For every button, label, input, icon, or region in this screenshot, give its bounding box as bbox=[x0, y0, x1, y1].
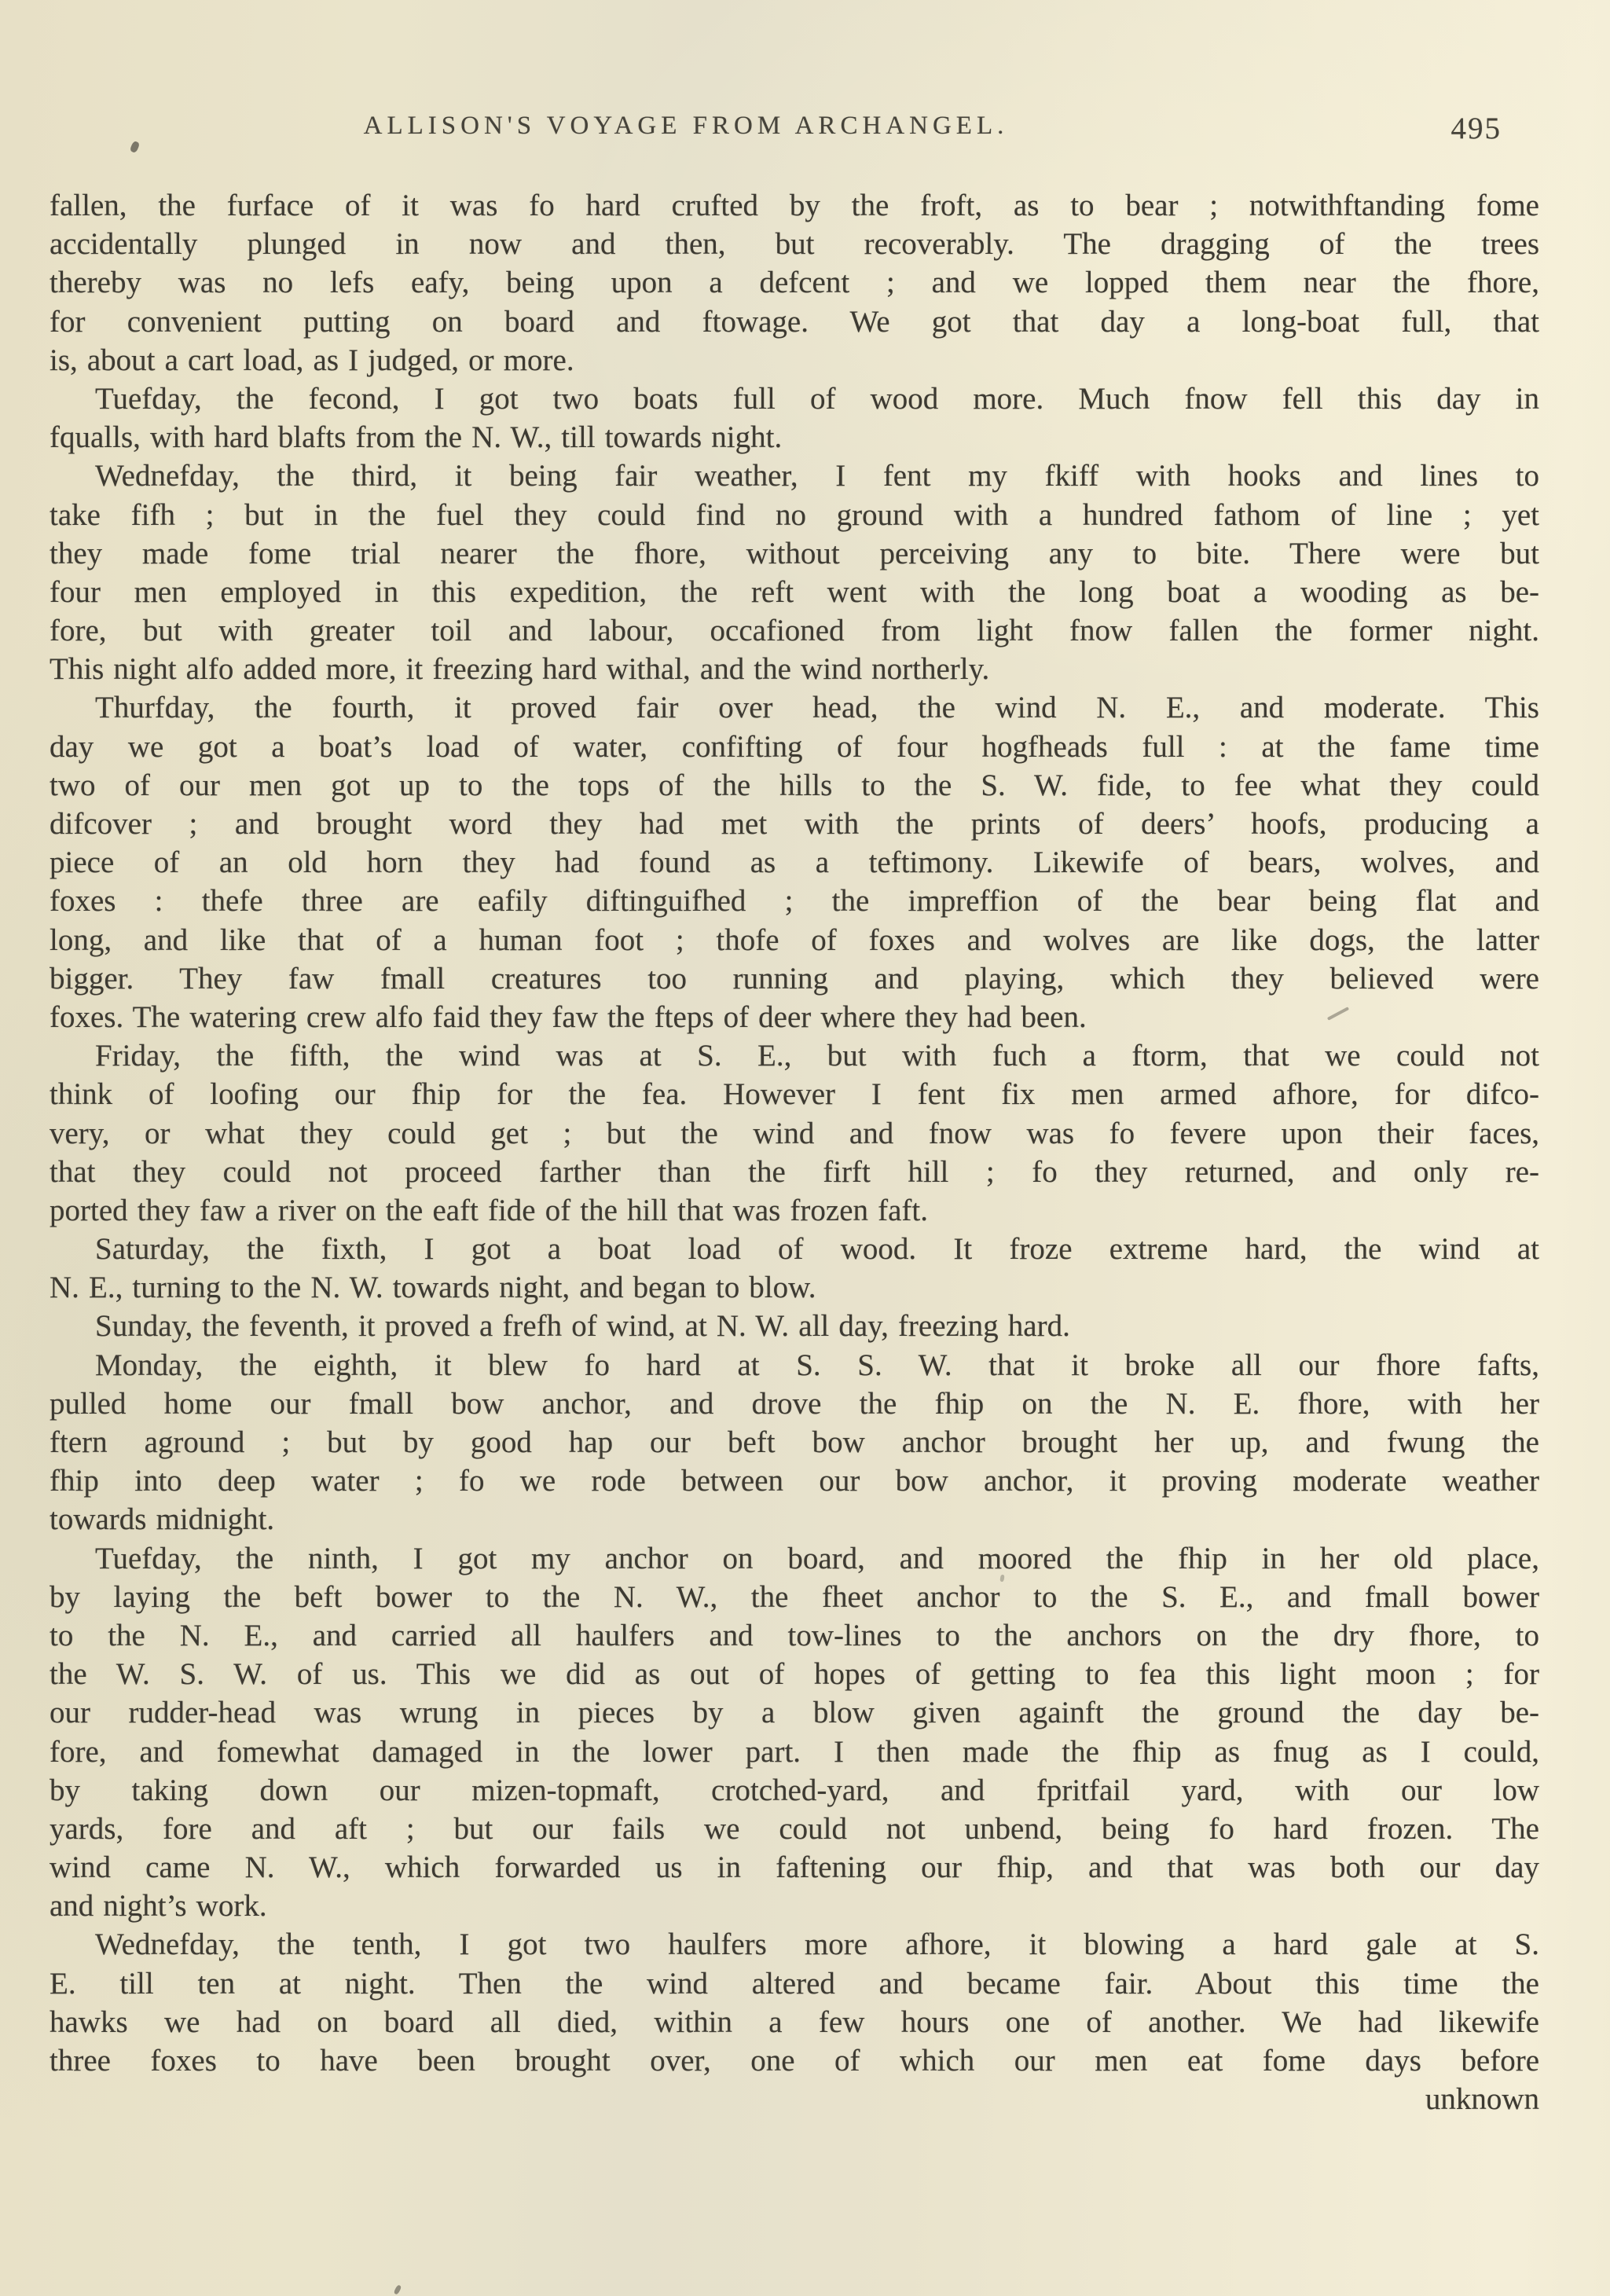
paragraph: Saturday, the fixth, I got a boat load o… bbox=[50, 1230, 1539, 1307]
text-line: fhip into deep water ; fo we rode betwee… bbox=[50, 1462, 1539, 1500]
catchword: unknown bbox=[50, 2080, 1539, 2118]
text-line: Friday, the fifth, the wind was at S. E.… bbox=[50, 1036, 1539, 1075]
ink-speck bbox=[394, 2284, 402, 2294]
text-line: towards midnight. bbox=[50, 1500, 1539, 1539]
text-line: that they could not proceed farther than… bbox=[50, 1153, 1539, 1191]
text-line: Saturday, the fixth, I got a boat load o… bbox=[50, 1230, 1539, 1268]
text-line: the W. S. W. of us. This we did as out o… bbox=[50, 1655, 1539, 1693]
text-line: Sunday, the feventh, it proved a frefh o… bbox=[50, 1307, 1539, 1345]
text-line: two of our men got up to the tops of the… bbox=[50, 766, 1539, 805]
text-line: difcover ; and brought word they had met… bbox=[50, 805, 1539, 843]
text-line: is, about a cart load, as I judged, or m… bbox=[50, 341, 1539, 380]
paragraph: Monday, the eighth, it blew fo hard at S… bbox=[50, 1346, 1539, 1539]
text-line: our rudder-head was wrung in pieces by a… bbox=[50, 1693, 1539, 1732]
text-line: accidentally plunged in now and then, bu… bbox=[50, 225, 1539, 263]
text-line: take fifh ; but in the fuel they could f… bbox=[50, 496, 1539, 534]
text-line: fore, but with greater toil and labour, … bbox=[50, 611, 1539, 650]
text-line: bigger. They faw fmall creatures too run… bbox=[50, 959, 1539, 998]
text-line: they made fome trial nearer the fhore, w… bbox=[50, 534, 1539, 573]
paragraph: Wednefday, the tenth, I got two haulfers… bbox=[50, 1925, 1539, 2080]
text-line: day we got a boat’s load of water, confi… bbox=[50, 728, 1539, 766]
text-line: pulled home our fmall bow anchor, and dr… bbox=[50, 1385, 1539, 1423]
text-line: fqualls, with hard blafts from the N. W.… bbox=[50, 418, 1539, 457]
paragraph: Tuefday, the fecond, I got two boats ful… bbox=[50, 380, 1539, 457]
text-line: and night’s work. bbox=[50, 1887, 1539, 1925]
text-line: Wednefday, the tenth, I got two haulfers… bbox=[50, 1925, 1539, 1964]
body-text: fallen, the furface of it was fo hard cr… bbox=[50, 186, 1539, 2118]
page-number: 495 bbox=[1451, 113, 1502, 145]
text-line: to the N. E., and carried all haulfers a… bbox=[50, 1616, 1539, 1655]
text-line: ported they faw a river on the eaft fide… bbox=[50, 1191, 1539, 1230]
scanned-book-page: ALLISON'S VOYAGE FROM ARCHANGEL. 495 fal… bbox=[0, 0, 1610, 2296]
text-line: by laying the beft bower to the N. W., t… bbox=[50, 1578, 1539, 1616]
paragraph: Sunday, the feventh, it proved a frefh o… bbox=[50, 1307, 1539, 1345]
paragraph: Tuefday, the ninth, I got my anchor on b… bbox=[50, 1539, 1539, 1926]
text-line: long, and like that of a human foot ; th… bbox=[50, 921, 1539, 959]
running-head: ALLISON'S VOYAGE FROM ARCHANGEL. bbox=[50, 110, 1322, 141]
text-line: N. E., turning to the N. W. towards nigh… bbox=[50, 1268, 1539, 1307]
text-line: Wednefday, the third, it being fair weat… bbox=[50, 457, 1539, 495]
text-line: Thurfday, the fourth, it proved fair ove… bbox=[50, 688, 1539, 727]
text-line: fore, and fomewhat damaged in the lower … bbox=[50, 1733, 1539, 1771]
text-line: Tuefday, the ninth, I got my anchor on b… bbox=[50, 1539, 1539, 1578]
text-line: hawks we had on board all died, within a… bbox=[50, 2003, 1539, 2041]
text-line: three foxes to have been brought over, o… bbox=[50, 2041, 1539, 2080]
text-line: Monday, the eighth, it blew fo hard at S… bbox=[50, 1346, 1539, 1385]
text-line: for convenient putting on board and ftow… bbox=[50, 303, 1539, 341]
paragraph: Friday, the fifth, the wind was at S. E.… bbox=[50, 1036, 1539, 1230]
text-line: thereby was no lefs eafy, being upon a d… bbox=[50, 263, 1539, 302]
paragraph: Thurfday, the fourth, it proved fair ove… bbox=[50, 688, 1539, 1036]
text-line: by taking down our mizen-topmaft, crotch… bbox=[50, 1771, 1539, 1810]
text-line: ftern aground ; but by good hap our beft… bbox=[50, 1423, 1539, 1462]
paragraph: fallen, the furface of it was fo hard cr… bbox=[50, 186, 1539, 380]
text-line: yards, fore and aft ; but our fails we c… bbox=[50, 1810, 1539, 1848]
paragraph: Wednefday, the third, it being fair weat… bbox=[50, 457, 1539, 688]
text-line: wind came N. W., which forwarded us in f… bbox=[50, 1848, 1539, 1887]
text-line: four men employed in this expedition, th… bbox=[50, 573, 1539, 611]
text-line: fallen, the furface of it was fo hard cr… bbox=[50, 186, 1539, 225]
ink-speck bbox=[130, 141, 141, 153]
text-line: foxes. The watering crew alfo faid they … bbox=[50, 998, 1539, 1036]
text-line: E. till ten at night. Then the wind alte… bbox=[50, 1964, 1539, 2003]
text-line: very, or what they could get ; but the w… bbox=[50, 1114, 1539, 1153]
text-line: This night alfo added more, it freezing … bbox=[50, 650, 1539, 688]
text-line: foxes : thefe three are eafily diftingui… bbox=[50, 882, 1539, 920]
text-line: piece of an old horn they had found as a… bbox=[50, 843, 1539, 882]
text-line: Tuefday, the fecond, I got two boats ful… bbox=[50, 380, 1539, 418]
text-line: think of loofing our fhip for the fea. H… bbox=[50, 1075, 1539, 1113]
